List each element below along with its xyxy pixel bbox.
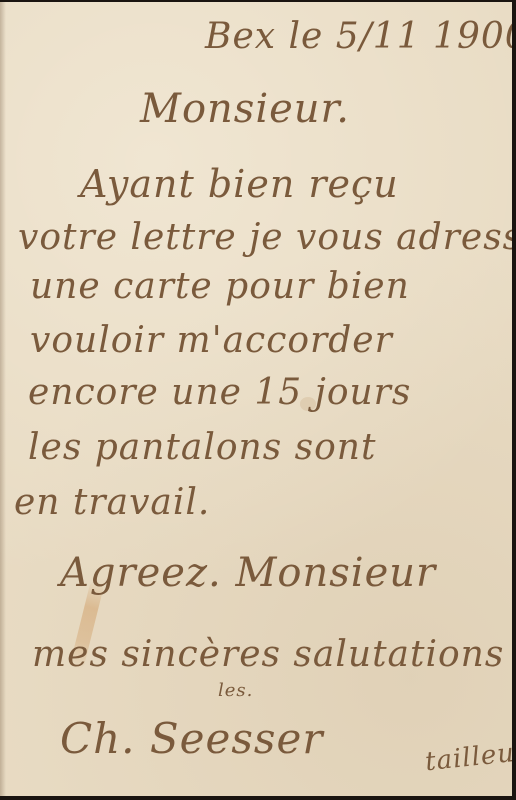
signature-trade: tailleur bbox=[424, 737, 512, 778]
dateline: Bex le 5/11 1900. bbox=[205, 16, 512, 57]
body-line: une carte pour bien bbox=[30, 266, 410, 307]
body-line: vouloir m'accorder bbox=[30, 320, 393, 361]
closing-line: mes sincères salutations bbox=[32, 634, 504, 675]
salutation: Monsieur. bbox=[140, 86, 350, 132]
signature-superscript: les. bbox=[218, 680, 253, 701]
body-line: Ayant bien reçu bbox=[80, 162, 399, 206]
closing-line: Agreez. Monsieur bbox=[60, 550, 436, 596]
signature-name: Ch. Seesser bbox=[60, 714, 323, 763]
body-line: les pantalons sont bbox=[28, 427, 376, 468]
body-line: votre lettre je vous adresse bbox=[18, 217, 512, 258]
letter-card: Bex le 5/11 1900. Monsieur. Ayant bien r… bbox=[0, 2, 512, 796]
body-line: en travail. bbox=[14, 482, 210, 523]
body-line: encore une 15 jours bbox=[28, 372, 411, 413]
